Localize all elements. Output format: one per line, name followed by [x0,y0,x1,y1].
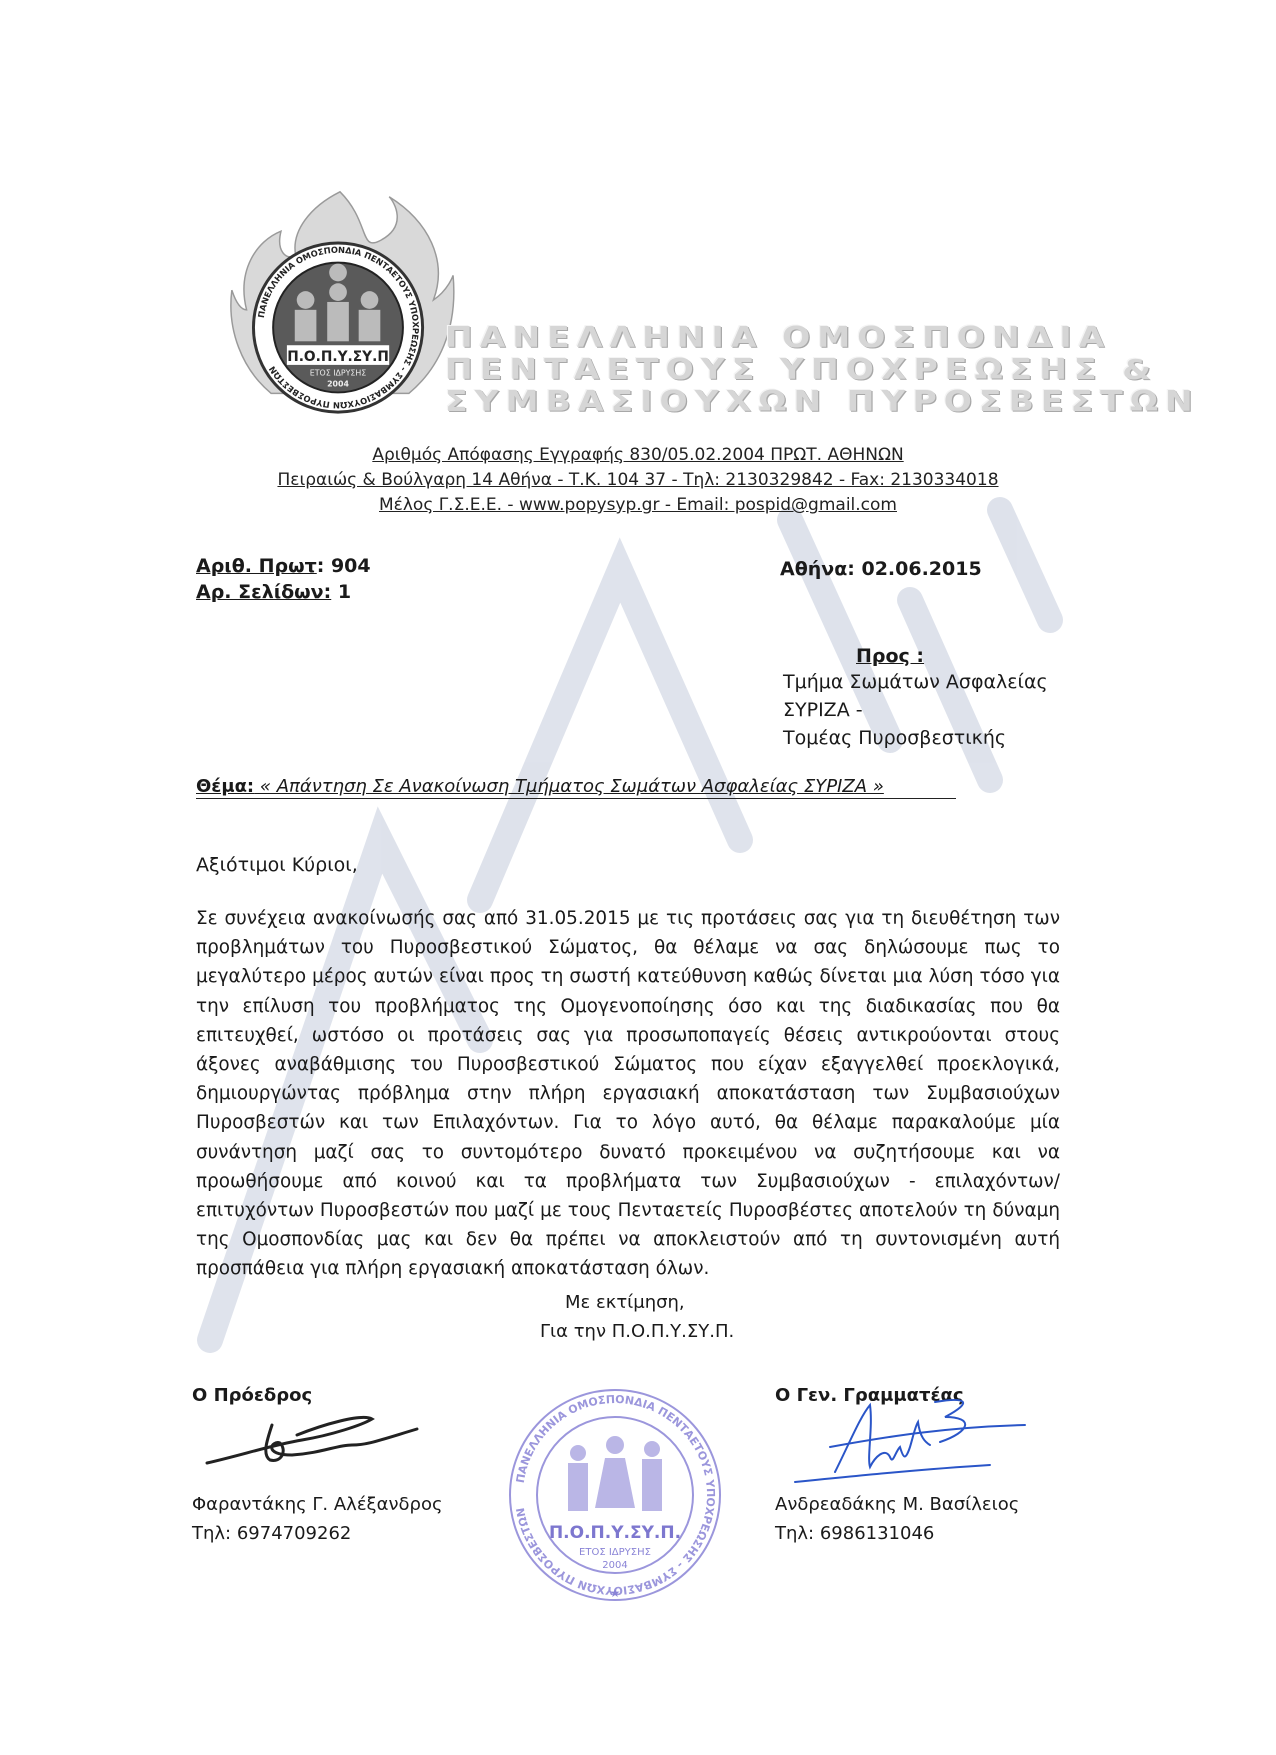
closing-phrase: Με εκτίμηση, [565,1288,685,1317]
letter-body: Σε συνέχεια ανακοίνωσής σας από 31.05.20… [196,904,1060,1284]
secretary-phone: Τηλ: 6986131046 [775,1519,1019,1548]
letterhead-address: Αριθμός Απόφασης Εγγραφής 830/05.02.2004… [0,443,1276,518]
org-name-line: ΠΑΝΕΛΛΗΝΙΑ ΟΜΟΣΠΟΝΔΙΑ [445,322,1177,354]
org-name-line: ΣΥΜΒΑΣΙΟΥΧΩΝ ΠΥΡΟΣΒΕΣΤΩΝ [445,386,1177,418]
signatory-secretary: Ο Γεν. Γραμματέας Ανδρεαδάκης Μ. Βασίλει… [775,1385,1019,1548]
pages-count: 1 [331,581,351,603]
president-name: Φαραντάκης Γ. Αλέξανδρος [192,1490,443,1519]
subject-text: « Απάντηση Σε Ανακοίνωση Τμήματος Σωμάτω… [254,776,884,797]
svg-text:2004: 2004 [327,380,349,389]
flame-emblem-icon: Π.Ο.Π.Υ.ΣΥ.Π ΕΤΟΣ ΙΔΡΥΣΗΣ 2004 ΠΑΝΕΛΛΗΝΙ… [222,180,458,420]
official-stamp-icon: ΠΑΝΕΛΛΗΝΙΑ ΟΜΟΣΠΟΝΔΙΑ ΠΕΝΤΑΕΤΟΥΣ ΥΠΟΧΡΕΩ… [500,1383,730,1618]
svg-text:ΕΤΟΣ ΙΔΡΥΣΗΣ: ΕΤΟΣ ΙΔΡΥΣΗΣ [310,369,367,378]
address-line: Πειραιώς & Βούλγαρη 14 Αθήνα - Τ.Κ. 104 … [277,470,998,490]
organization-name: ΠΑΝΕΛΛΗΝΙΑ ΟΜΟΣΠΟΝΔΙΑ ΠΕΝΤΑΕΤΟΥΣ ΥΠΟΧΡΕΩ… [445,322,1177,418]
reference-block: Αριθ. Πρωτ: 904 Αρ. Σελίδων: 1 [196,553,371,605]
signature-president-icon [202,1405,432,1475]
letter-date: Αθήνα: 02.06.2015 [780,558,982,580]
recipient-line: ΣΥΡΙΖΑ - [783,696,1048,724]
pages-label: Αρ. Σελίδων: [196,581,331,603]
registration-line: Αριθμός Απόφασης Εγγραφής 830/05.02.2004… [372,445,903,465]
signatory-president: Ο Πρόεδρος Φαραντάκης Γ. Αλέξανδρος Τηλ:… [192,1385,443,1548]
secretary-name: Ανδρεαδάκης Μ. Βασίλειος [775,1490,1019,1519]
protocol-number: : 904 [317,555,371,577]
signatory-name: Φαραντάκης Γ. Αλέξανδρος Τηλ: 6974709262 [192,1490,443,1548]
signature-secretary-icon [775,1387,1035,1487]
svg-text:ΕΤΟΣ ΙΔΡΥΣΗΣ: ΕΤΟΣ ΙΔΡΥΣΗΣ [579,1547,651,1558]
org-name-line: ΠΕΝΤΑΕΤΟΥΣ ΥΠΟΧΡΕΩΣΗΣ & [445,354,1177,386]
recipient-line: Τομέας Πυροσβεστικής [783,724,1048,752]
salutation: Αξιότιμοι Κύριοι, [196,854,358,876]
recipient-line: Τμήμα Σωμάτων Ασφαλείας [783,668,1048,696]
svg-text:Π.Ο.Π.Υ.ΣΥ.Π: Π.Ο.Π.Υ.ΣΥ.Π [287,349,389,365]
svg-text:Π.Ο.Π.Υ.ΣΥ.Π.: Π.Ο.Π.Υ.ΣΥ.Π. [549,1523,681,1543]
subject-line: Θέμα: « Απάντηση Σε Ανακοίνωση Τμήματος … [196,776,956,799]
svg-text:★: ★ [610,1586,621,1600]
recipient-heading: Προς : [856,645,924,667]
closing-organization: Για την Π.Ο.Π.Υ.ΣΥ.Π. [540,1317,734,1346]
svg-text:2004: 2004 [602,1560,627,1571]
contact-line[interactable]: Μέλος Γ.Σ.Ε.Ε. - www.popysyp.gr - Email:… [379,495,897,515]
protocol-label: Αριθ. Πρωτ [196,555,317,577]
signatory-name: Ανδρεαδάκης Μ. Βασίλειος Τηλ: 6986131046 [775,1490,1019,1548]
signatory-title: Ο Πρόεδρος [192,1385,443,1406]
recipient-block: Τμήμα Σωμάτων Ασφαλείας ΣΥΡΙΖΑ - Τομέας … [783,668,1048,752]
subject-label: Θέμα: [196,776,254,797]
president-phone: Τηλ: 6974709262 [192,1519,443,1548]
